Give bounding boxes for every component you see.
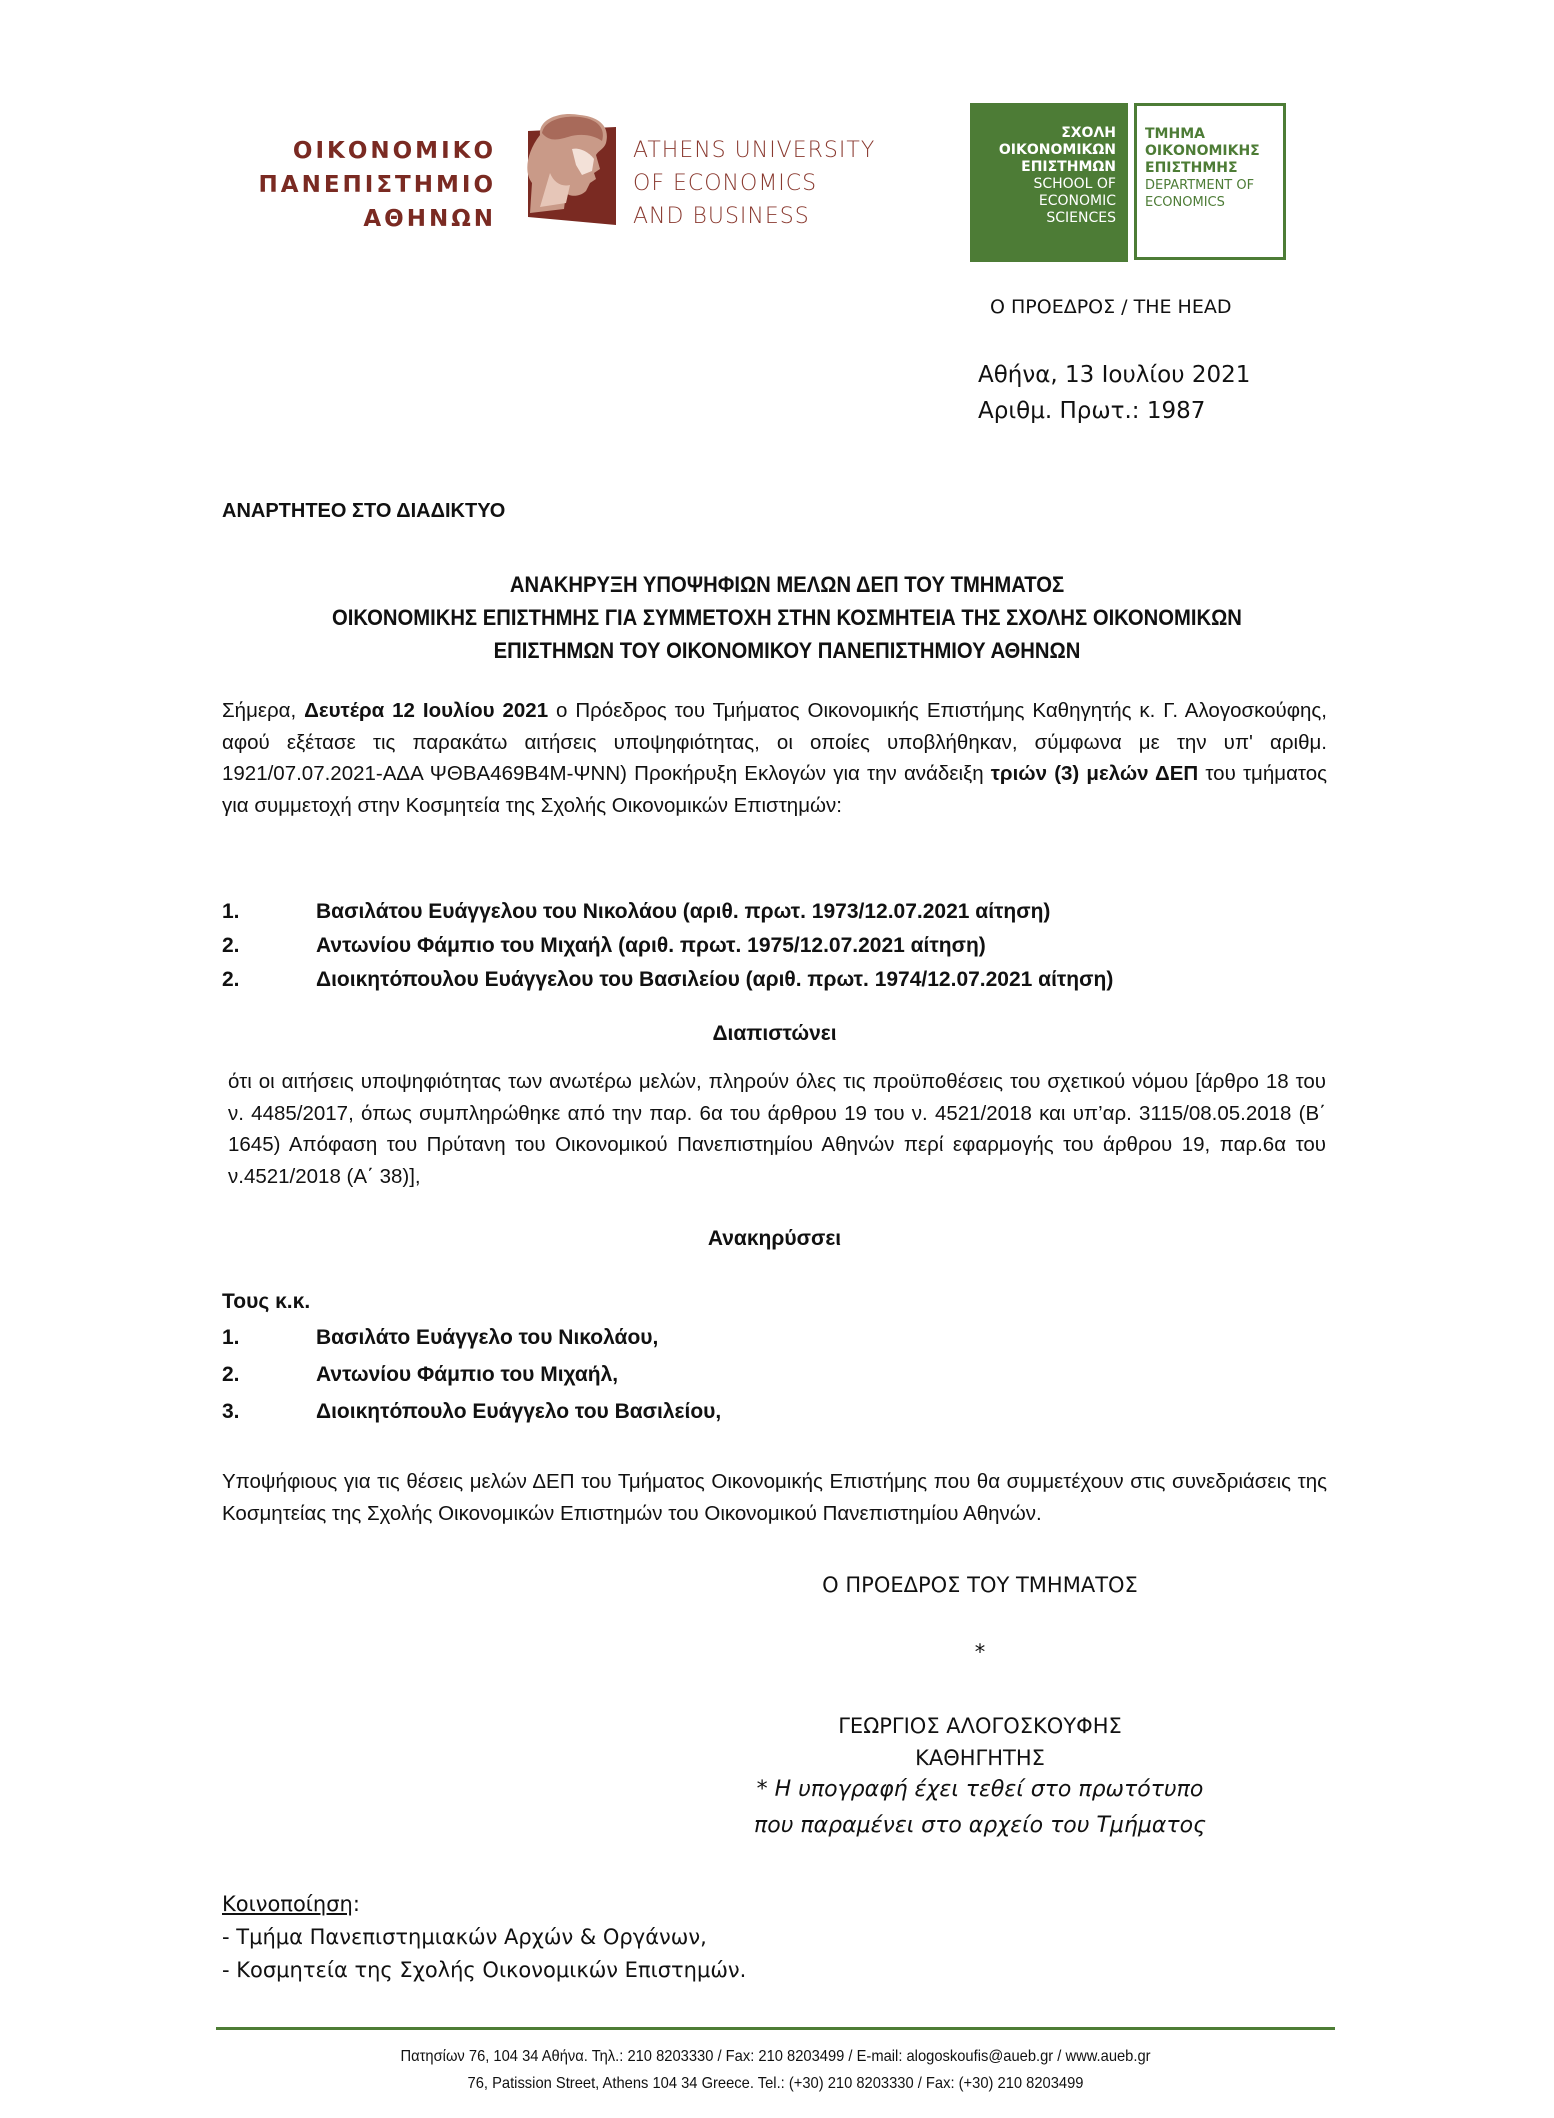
list-number: 1. bbox=[222, 1319, 316, 1356]
logo-greek-line: ΠΑΝΕΠΙΣΤΗΜΙΟ bbox=[238, 168, 496, 202]
list-number: 2. bbox=[222, 963, 316, 997]
cc-item: - Τμήμα Πανεπιστημιακών Αρχών & Οργάνων, bbox=[222, 1921, 746, 1954]
school-greek-line: ΕΠΙΣΤΗΜΩΝ bbox=[999, 159, 1116, 176]
list-item: 2.Διοικητόπουλου Ευάγγελου του Βασιλείου… bbox=[222, 963, 1113, 997]
department-logo-panel: ΤΜΗΜΑ ΟΙΚΟΝΟΜΙΚΗΣ ΕΠΙΣΤΗΜΗΣ DEPARTMENT O… bbox=[1134, 103, 1286, 260]
declare-heading: Ανακηρύσσει bbox=[222, 1227, 1327, 1251]
list-item: 1.Βασιλάτου Ευάγγελου του Νικολάου (αριθ… bbox=[222, 895, 1113, 929]
intro-paragraph: Σήμερα, Δευτέρα 12 Ιουλίου 2021 ο Πρόεδρ… bbox=[222, 695, 1327, 821]
carbon-copy-block: Κοινοποίηση: - Τμήμα Πανεπιστημιακών Αρχ… bbox=[222, 1888, 746, 1987]
dept-greek-line: ΤΜΗΜΑ bbox=[1145, 126, 1260, 143]
signature-role: Ο ΠΡΟΕΔΡΟΣ ΤΟΥ ΤΜΗΜΑΤΟΣ bbox=[700, 1573, 1260, 1597]
declared-name: Αντωνίου Φάμπιο του Μιχαήλ, bbox=[316, 1356, 618, 1393]
head-role-label: Ο ΠΡΟΕΔΡΟΣ / THE HEAD bbox=[990, 296, 1231, 318]
declared-list: 1.Βασιλάτο Ευάγγελο του Νικολάου, 2.Αντω… bbox=[222, 1319, 721, 1430]
logo-greek-line: ΑΘΗΝΩΝ bbox=[238, 202, 496, 236]
list-number: 2. bbox=[222, 929, 316, 963]
school-greek-line: ΟΙΚΟΝΟΜΙΚΩΝ bbox=[999, 142, 1116, 159]
school-english-line: SCHOOL OF bbox=[999, 176, 1116, 193]
dept-english-line: ECONOMICS bbox=[1145, 194, 1260, 211]
cc-colon: : bbox=[353, 1892, 360, 1916]
intro-members-bold: τριών (3) μελών ΔΕΠ bbox=[991, 762, 1198, 785]
list-number: 2. bbox=[222, 1356, 316, 1393]
declared-name: Διοικητόπουλο Ευάγγελο του Βασιλείου, bbox=[316, 1393, 721, 1430]
signature-note-line: που παραμένει στο αρχείο του Τμήματος bbox=[700, 1808, 1260, 1844]
logo-greek-line: ΟΙΚΟΝΟΜΙΚΟ bbox=[238, 134, 496, 168]
candidate-text: Διοικητόπουλου Ευάγγελου του Βασιλείου (… bbox=[316, 963, 1113, 997]
logo-english-line: ATHENS UNIVERSITY bbox=[633, 134, 875, 167]
protocol-number: Αριθμ. Πρωτ.: 1987 bbox=[978, 393, 1250, 429]
school-logo-text: ΣΧΟΛΗ ΟΙΚΟΝΟΜΙΚΩΝ ΕΠΙΣΤΗΜΩΝ SCHOOL OF EC… bbox=[999, 125, 1116, 227]
hermes-head-logo-icon bbox=[520, 113, 624, 225]
addressees-label: Τους κ.κ. bbox=[222, 1290, 310, 1314]
dept-greek-line: ΟΙΚΟΝΟΜΙΚΗΣ bbox=[1145, 143, 1260, 160]
footer-contact: Πατησίων 76, 104 34 Αθήνα. Τηλ.: 210 820… bbox=[261, 2043, 1290, 2097]
signature-note-line: * Η υπογραφή έχει τεθεί στο πρωτότυπο bbox=[700, 1772, 1260, 1808]
intro-text: Σήμερα, bbox=[222, 699, 304, 722]
title-line: ΕΠΙΣΤΗΜΩΝ ΤΟΥ ΟΙΚΟΝΟΜΙΚΟΥ ΠΑΝΕΠΙΣΤΗΜΙΟΥ … bbox=[267, 634, 1307, 667]
dept-english-line: DEPARTMENT OF bbox=[1145, 177, 1260, 194]
closing-paragraph: Υποψήφιους για τις θέσεις μελών ΔΕΠ του … bbox=[222, 1466, 1327, 1529]
list-item: 2.Αντωνίου Φάμπιο του Μιχαήλ, bbox=[222, 1356, 721, 1393]
signatory-name: ΓΕΩΡΓΙΟΣ ΑΛΟΓΟΣΚΟΥΦΗΣ bbox=[700, 1710, 1260, 1742]
list-item: 3.Διοικητόπουλο Ευάγγελο του Βασιλείου, bbox=[222, 1393, 721, 1430]
candidate-text: Βασιλάτου Ευάγγελου του Νικολάου (αριθ. … bbox=[316, 895, 1050, 929]
intro-date-bold: Δευτέρα 12 Ιουλίου 2021 bbox=[304, 699, 548, 722]
school-department-logo: ΣΧΟΛΗ ΟΙΚΟΝΟΜΙΚΩΝ ΕΠΙΣΤΗΜΩΝ SCHOOL OF EC… bbox=[970, 103, 1290, 288]
list-item: 2.Αντωνίου Φάμπιο του Μιχαήλ (αριθ. πρωτ… bbox=[222, 929, 1113, 963]
list-number: 1. bbox=[222, 895, 316, 929]
university-logo-greek: ΟΙΚΟΝΟΜΙΚΟ ΠΑΝΕΠΙΣΤΗΜΙΟ ΑΘΗΝΩΝ bbox=[238, 134, 496, 236]
signature-block: ΓΕΩΡΓΙΟΣ ΑΛΟΓΟΣΚΟΥΦΗΣ ΚΑΘΗΓΗΤΗΣ bbox=[700, 1710, 1260, 1774]
school-greek-line: ΣΧΟΛΗ bbox=[999, 125, 1116, 142]
cc-item: - Κοσμητεία της Σχολής Οικονομικών Επιστ… bbox=[222, 1954, 746, 1987]
logo-english-line: OF ECONOMICS bbox=[633, 167, 875, 200]
signature-star: * bbox=[700, 1640, 1260, 1664]
document-date: Αθήνα, 13 Ιουλίου 2021 bbox=[978, 357, 1250, 393]
school-logo-panel: ΣΧΟΛΗ ΟΙΚΟΝΟΜΙΚΩΝ ΕΠΙΣΤΗΜΩΝ SCHOOL OF EC… bbox=[970, 103, 1128, 262]
signatory-title: ΚΑΘΗΓΗΤΗΣ bbox=[700, 1742, 1260, 1774]
list-item: 1.Βασιλάτο Ευάγγελο του Νικολάου, bbox=[222, 1319, 721, 1356]
candidate-list: 1.Βασιλάτου Ευάγγελου του Νικολάου (αριθ… bbox=[222, 895, 1113, 997]
cc-title: Κοινοποίηση bbox=[222, 1892, 353, 1916]
footer-divider bbox=[216, 2027, 1335, 2030]
finding-heading: Διαπιστώνει bbox=[222, 1022, 1327, 1046]
title-line: ΟΙΚΟΝΟΜΙΚΗΣ ΕΠΙΣΤΗΜΗΣ ΓΙΑ ΣΥΜΜΕΤΟΧΗ ΣΤΗΝ… bbox=[267, 601, 1307, 634]
university-logo-english: ATHENS UNIVERSITY OF ECONOMICS AND BUSIN… bbox=[633, 134, 875, 233]
footer-line-english: 76, Patission Street, Athens 104 34 Gree… bbox=[261, 2070, 1290, 2097]
declared-name: Βασιλάτο Ευάγγελο του Νικολάου, bbox=[316, 1319, 658, 1356]
dept-greek-line: ΕΠΙΣΤΗΜΗΣ bbox=[1145, 160, 1260, 177]
title-line: ΑΝΑΚΗΡΥΞΗ ΥΠΟΨΗΦΙΩΝ ΜΕΛΩΝ ΔΕΠ ΤΟΥ ΤΜΗΜΑΤ… bbox=[267, 568, 1307, 601]
signature-note: * Η υπογραφή έχει τεθεί στο πρωτότυπο πο… bbox=[700, 1772, 1260, 1844]
finding-paragraph: ότι οι αιτήσεις υποψηφιότητας των ανωτέρ… bbox=[228, 1066, 1326, 1192]
date-protocol-block: Αθήνα, 13 Ιουλίου 2021 Αριθμ. Πρωτ.: 198… bbox=[978, 357, 1250, 429]
school-english-line: ECONOMIC bbox=[999, 193, 1116, 210]
list-number: 3. bbox=[222, 1393, 316, 1430]
department-logo-text: ΤΜΗΜΑ ΟΙΚΟΝΟΜΙΚΗΣ ΕΠΙΣΤΗΜΗΣ DEPARTMENT O… bbox=[1145, 126, 1260, 211]
footer-line-greek: Πατησίων 76, 104 34 Αθήνα. Τηλ.: 210 820… bbox=[261, 2043, 1290, 2070]
school-english-line: SCIENCES bbox=[999, 210, 1116, 227]
document-title: ΑΝΑΚΗΡΥΞΗ ΥΠΟΨΗΦΙΩΝ ΜΕΛΩΝ ΔΕΠ ΤΟΥ ΤΜΗΜΑΤ… bbox=[267, 568, 1307, 667]
post-online-label: ΑΝΑΡΤΗΤΕΟ ΣΤΟ ΔΙΑΔΙΚΤΥΟ bbox=[222, 500, 505, 523]
candidate-text: Αντωνίου Φάμπιο του Μιχαήλ (αριθ. πρωτ. … bbox=[316, 929, 986, 963]
logo-english-line: AND BUSINESS bbox=[633, 200, 875, 233]
